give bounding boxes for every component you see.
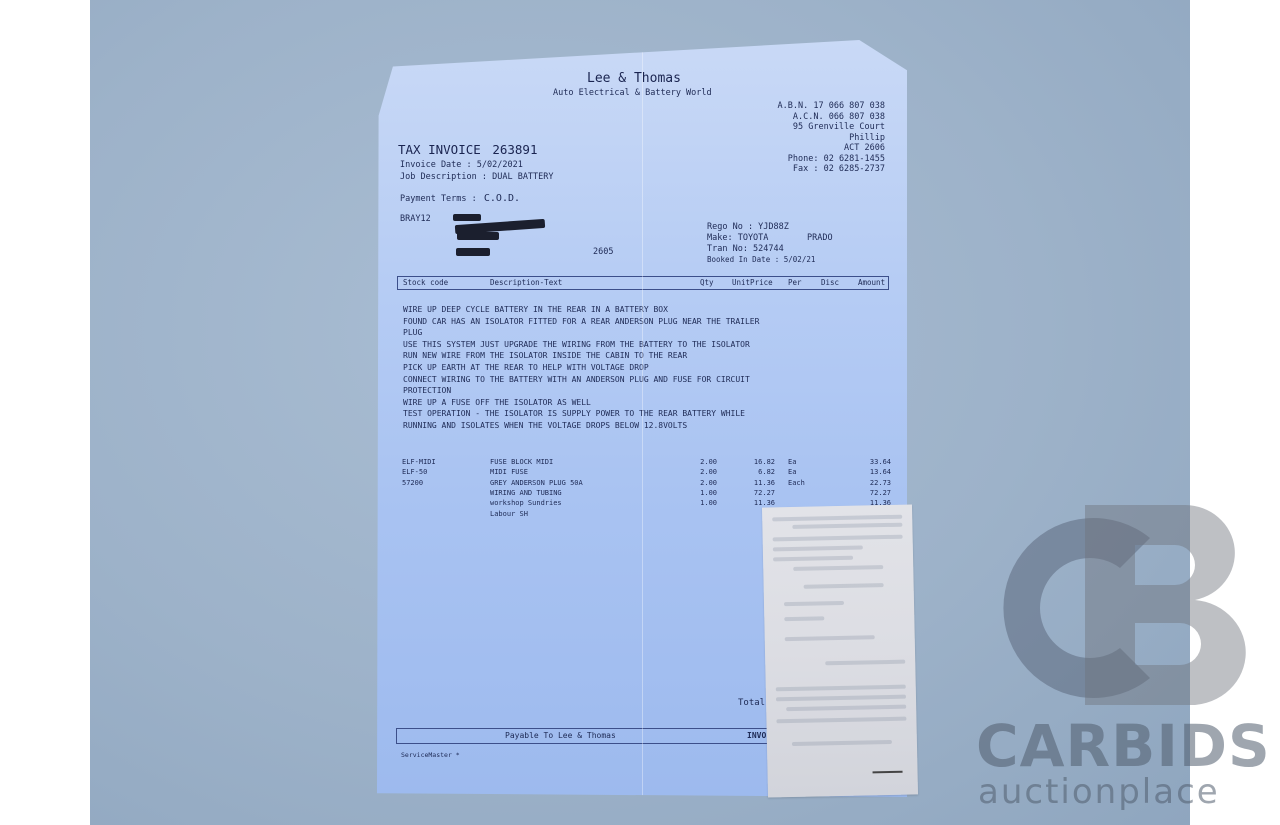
line-item-stock-code: 57200 (402, 479, 423, 487)
col-disc: Disc (821, 278, 839, 287)
job-note-line: RUN NEW WIRE FROM THE ISOLATOR INSIDE TH… (403, 350, 759, 362)
company-name: Lee & Thomas (587, 71, 681, 86)
col-per: Per (788, 278, 802, 287)
line-item-qty: 1.00 (700, 499, 717, 507)
job-note-line: FOUND CAR HAS AN ISOLATOR FITTED FOR A R… (403, 316, 759, 328)
line-item-per: Each (788, 479, 805, 487)
line-item-qty: 2.00 (700, 479, 717, 487)
line-item-amount: 13.64 (870, 468, 891, 476)
payable-to: Payable To Lee & Thomas (505, 731, 616, 740)
line-item-stock-code: ELF-50 (402, 468, 427, 476)
redacted-customer-name (453, 214, 481, 221)
address-state-postcode: ACT 2606 (778, 143, 885, 154)
line-item-unit-price: 72.27 (754, 489, 775, 497)
line-item-amount: 22.73 (870, 479, 891, 487)
col-unit-price: UnitPrice (732, 278, 773, 287)
line-item-unit-price: 16.82 (754, 458, 775, 466)
company-tagline: Auto Electrical & Battery World (553, 88, 712, 98)
servicemaster-label: ServiceMaster * (401, 751, 460, 759)
acn: A.C.N. 066 807 038 (778, 112, 885, 123)
job-note-line: PLUG (403, 327, 759, 339)
phone: Phone: 02 6281-1455 (778, 154, 885, 165)
invoice-title-label: TAX INVOICE (398, 142, 481, 157)
line-item-description: FUSE BLOCK MIDI (490, 458, 553, 466)
line-item-amount: 33.64 (870, 458, 891, 466)
total-label: Total (738, 698, 765, 708)
customer-postcode: 2605 (593, 247, 613, 257)
line-item-qty: 2.00 (700, 468, 717, 476)
line-item-unit-price: 6.82 (758, 468, 775, 476)
line-item-amount: 72.27 (870, 489, 891, 497)
payment-terms: Payment Terms : C.O.D. (400, 193, 520, 204)
payment-terms-value: C.O.D. (484, 193, 520, 204)
line-items-header: Stock code Description-Text Qty UnitPric… (397, 276, 889, 290)
line-item-description: MIDI FUSE (490, 468, 528, 476)
vehicle-model: PRADO (807, 233, 833, 243)
line-item-description: WIRING AND TUBING (490, 489, 562, 497)
line-item-unit-price: 11.36 (754, 479, 775, 487)
invoice-date: Invoice Date : 5/02/2021 (400, 160, 523, 170)
invoice-title: TAX INVOICE 263891 (398, 142, 537, 157)
job-note-line: PROTECTION (403, 385, 759, 397)
job-note-line: USE THIS SYSTEM JUST UPGRADE THE WIRING … (403, 339, 759, 351)
line-item-qty: 2.00 (700, 458, 717, 466)
job-note-line: PICK UP EARTH AT THE REAR TO HELP WITH V… (403, 362, 759, 374)
job-note-line: CONNECT WIRING TO THE BATTERY WITH AN AN… (403, 374, 759, 386)
line-item-qty: 1.00 (700, 489, 717, 497)
col-description: Description-Text (490, 278, 562, 287)
redacted-customer-state (456, 248, 490, 256)
invoice-footer-label: INVO (747, 731, 766, 740)
line-item-stock-code: ELF-MIDI (402, 458, 436, 466)
invoice-number: 263891 (492, 142, 537, 157)
col-amount: Amount (858, 278, 885, 287)
booked-in-date: Booked In Date : 5/02/21 (707, 255, 815, 264)
job-note-line: WIRE UP A FUSE OFF THE ISOLATOR AS WELL (403, 397, 759, 409)
eftpos-receipt (762, 504, 918, 797)
payment-terms-label: Payment Terms : (400, 194, 477, 204)
company-details: A.B.N. 17 066 807 038 A.C.N. 066 807 038… (778, 101, 885, 175)
redacted-customer-suburb (457, 232, 499, 240)
rego-number: Rego No : YJD88Z (707, 222, 789, 232)
carbids-logo-b-mark (1075, 505, 1253, 705)
fax: Fax : 02 6285-2737 (778, 164, 885, 175)
job-note-line: TEST OPERATION - THE ISOLATOR IS SUPPLY … (403, 408, 759, 420)
line-item-per: Ea (788, 468, 796, 476)
watermark-sub: auctionplace (978, 772, 1220, 812)
job-notes: WIRE UP DEEP CYCLE BATTERY IN THE REAR I… (403, 304, 759, 432)
tran-number: Tran No: 524744 (707, 244, 784, 254)
col-qty: Qty (700, 278, 714, 287)
address-suburb: Phillip (778, 133, 885, 144)
line-item-per: Ea (788, 458, 796, 466)
line-item-description: GREY ANDERSON PLUG 50A (490, 479, 583, 487)
line-item-unit-price: 11.36 (754, 499, 775, 507)
job-description: Job Description : DUAL BATTERY (400, 172, 554, 182)
vehicle-make: Make: TOYOTA (707, 233, 768, 243)
abn: A.B.N. 17 066 807 038 (778, 101, 885, 112)
line-item-description: workshop Sundries (490, 499, 562, 507)
col-stock-code: Stock code (403, 278, 448, 287)
job-note-line: WIRE UP DEEP CYCLE BATTERY IN THE REAR I… (403, 304, 759, 316)
customer-code: BRAY12 (400, 214, 431, 224)
line-item-description: Labour SH (490, 510, 528, 518)
address-street: 95 Grenville Court (778, 122, 885, 133)
watermark-brand: CARBIDS (976, 712, 1271, 780)
job-note-line: RUNNING AND ISOLATES WHEN THE VOLTAGE DR… (403, 420, 759, 432)
